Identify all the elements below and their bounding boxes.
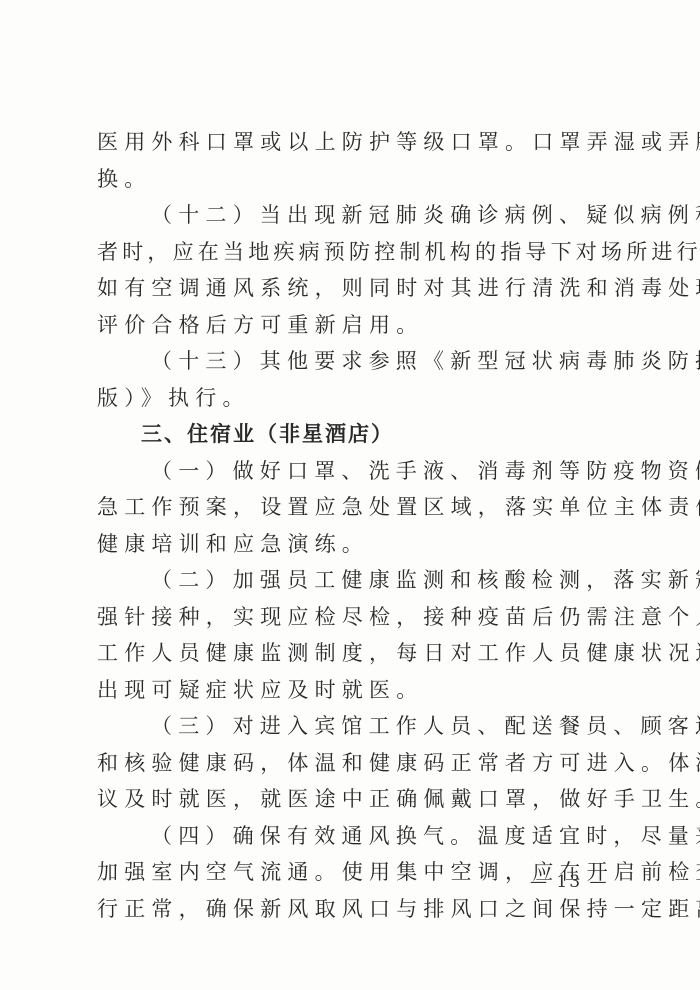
text-line: 急工作预案，设置应急处置区域，落实单位主体责任，加强员工	[97, 489, 619, 526]
text-line: 换。	[97, 161, 619, 198]
paragraph-item-1: （一）做好口罩、洗手液、消毒剂等防疫物资储备，制定应	[97, 453, 619, 490]
paragraph-item-4: （四）确保有效通风换气。温度适宜时，尽量采用自然通风	[97, 818, 619, 855]
text-line: 出现可疑症状应及时就医。	[97, 672, 619, 709]
text-line: 行正常，确保新风取风口与排风口之间保持一定距离，对冷却塔	[97, 891, 619, 928]
text-line: 者时，应在当地疾病预防控制机构的指导下对场所进行终末消毒，	[97, 234, 619, 271]
text-line: 版）》执行。	[97, 380, 619, 417]
text-line: 医用外科口罩或以上防护等级口罩。口罩弄湿或弄脏后，及时更	[97, 124, 619, 161]
section-heading: 三、住宿业（非星酒店）	[97, 416, 619, 453]
text-line: 工作人员健康监测制度，每日对工作人员健康状况进行登记，如	[97, 635, 619, 672]
paragraph-item-13: （十三）其他要求参照《新型冠状病毒肺炎防控方案（第八	[97, 343, 619, 380]
text-line: 和核验健康码，体温和健康码正常者方可进入。体温异常者，建	[97, 745, 619, 782]
paragraph-item-2: （二）加强员工健康监测和核酸检测，落实新冠病毒疫苗加	[97, 562, 619, 599]
page-number: — 13 —	[530, 872, 608, 892]
paragraph-item-3: （三）对进入宾馆工作人员、配送餐员、顾客进行体温检测	[97, 708, 619, 745]
document-body: 医用外科口罩或以上防护等级口罩。口罩弄湿或弄脏后，及时更 换。 （十二）当出现新…	[97, 124, 619, 927]
text-line: 如有空调通风系统，则同时对其进行清洗和消毒处理，经卫生学	[97, 270, 619, 307]
paragraph-item-12: （十二）当出现新冠肺炎确诊病例、疑似病例和无症状感染	[97, 197, 619, 234]
text-line: 健康培训和应急演练。	[97, 526, 619, 563]
text-line: 强针接种，实现应检尽检，接种疫苗后仍需注意个人防护。建立	[97, 599, 619, 636]
text-line: 议及时就医，就医途中正确佩戴口罩，做好手卫生。	[97, 781, 619, 818]
text-line: 评价合格后方可重新启用。	[97, 307, 619, 344]
